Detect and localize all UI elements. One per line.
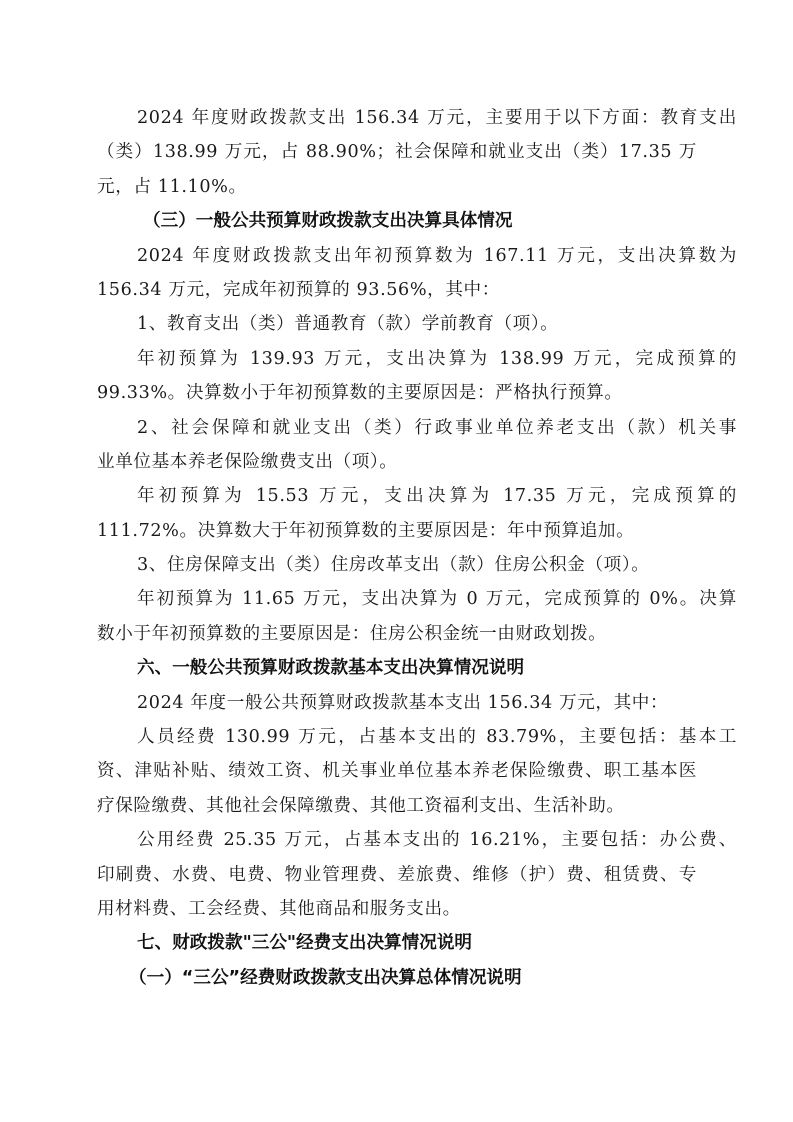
paragraph-expenditure-summary: 2024 年度财政拨款支出 156.34 万元，主要用于以下方面：教育支出 （类… — [97, 101, 697, 204]
text-line: 公用经费 25.35 万元，占基本支出的 16.21%，主要包括：办公费、 — [97, 823, 737, 857]
item-2-title: 2、社会保障和就业支出（类）行政事业单位养老支出（款）机关事 业单位基本养老保险… — [97, 411, 697, 480]
document-page: 2024 年度财政拨款支出 156.34 万元，主要用于以下方面：教育支出 （类… — [97, 101, 697, 995]
paragraph-basic-expenditure: 2024 年度一般公共预算财政拨款基本支出 156.34 万元，其中： — [97, 686, 697, 720]
paragraph-public-costs: 公用经费 25.35 万元，占基本支出的 16.21%，主要包括：办公费、 印刷… — [97, 823, 697, 926]
section-heading-3: （三）一般公共预算财政拨款支出决算具体情况 — [97, 204, 697, 238]
section-heading-7-1: （一）“三公”经费财政拨款支出决算总体情况说明 — [97, 961, 697, 995]
text-line: 业单位基本养老保险缴费支出（项）。 — [97, 445, 697, 479]
text-line: 人员经费 130.99 万元，占基本支出的 83.79%，主要包括：基本工 — [97, 720, 737, 754]
paragraph-budget-overview: 2024 年度财政拨款支出年初预算数为 167.11 万元，支出决算数为 156… — [97, 239, 697, 308]
text-line: 用材料费、工会经费、其他商品和服务支出。 — [97, 892, 697, 926]
paragraph-item-2-detail: 年初预算为 15.53 万元，支出决算为 17.35 万元，完成预算的 111.… — [97, 479, 697, 548]
text-line: 疗保险缴费、其他社会保障缴费、其他工资福利支出、生活补助。 — [97, 789, 697, 823]
text-line: 年初预算为 139.93 万元，支出决算为 138.99 万元，完成预算的 — [97, 342, 737, 376]
text-line: 156.34 万元，完成年初预算的 93.56%，其中： — [97, 273, 697, 307]
text-line: 元，占 11.10%。 — [97, 170, 697, 204]
item-3-title: 3、住房保障支出（类）住房改革支出（款）住房公积金（项）。 — [97, 548, 697, 582]
paragraph-personnel-costs: 人员经费 130.99 万元，占基本支出的 83.79%，主要包括：基本工 资、… — [97, 720, 697, 823]
text-line: 年初预算为 11.65 万元，支出决算为 0 万元，完成预算的 0%。决算 — [97, 582, 737, 616]
text-line: （类）138.99 万元，占 88.90%；社会保障和就业支出（类）17.35 … — [97, 135, 697, 169]
section-heading-6: 六、一般公共预算财政拨款基本支出决算情况说明 — [97, 651, 697, 685]
item-1-title: 1、教育支出（类）普通教育（款）学前教育（项）。 — [97, 307, 697, 341]
text-line: 2、社会保障和就业支出（类）行政事业单位养老支出（款）机关事 — [97, 411, 737, 445]
text-line: 111.72%。决算数大于年初预算数的主要原因是：年中预算追加。 — [97, 514, 697, 548]
text-line: 99.33%。决算数小于年初预算数的主要原因是：严格执行预算。 — [97, 376, 697, 410]
text-line: 资、津贴补贴、绩效工资、机关事业单位基本养老保险缴费、职工基本医 — [97, 754, 697, 788]
section-heading-7: 七、财政拨款"三公"经费支出决算情况说明 — [97, 926, 697, 960]
text-line: 2024 年度财政拨款支出年初预算数为 167.11 万元，支出决算数为 — [97, 239, 737, 273]
text-line: 数小于年初预算数的主要原因是：住房公积金统一由财政划拨。 — [97, 617, 697, 651]
paragraph-item-1-detail: 年初预算为 139.93 万元，支出决算为 138.99 万元，完成预算的 99… — [97, 342, 697, 411]
text-line: 年初预算为 15.53 万元，支出决算为 17.35 万元，完成预算的 — [97, 479, 737, 513]
paragraph-item-3-detail: 年初预算为 11.65 万元，支出决算为 0 万元，完成预算的 0%。决算 数小… — [97, 582, 697, 651]
text-line: 2024 年度财政拨款支出 156.34 万元，主要用于以下方面：教育支出 — [97, 101, 737, 135]
text-line: 印刷费、水费、电费、物业管理费、差旅费、维修（护）费、租赁费、专 — [97, 858, 697, 892]
